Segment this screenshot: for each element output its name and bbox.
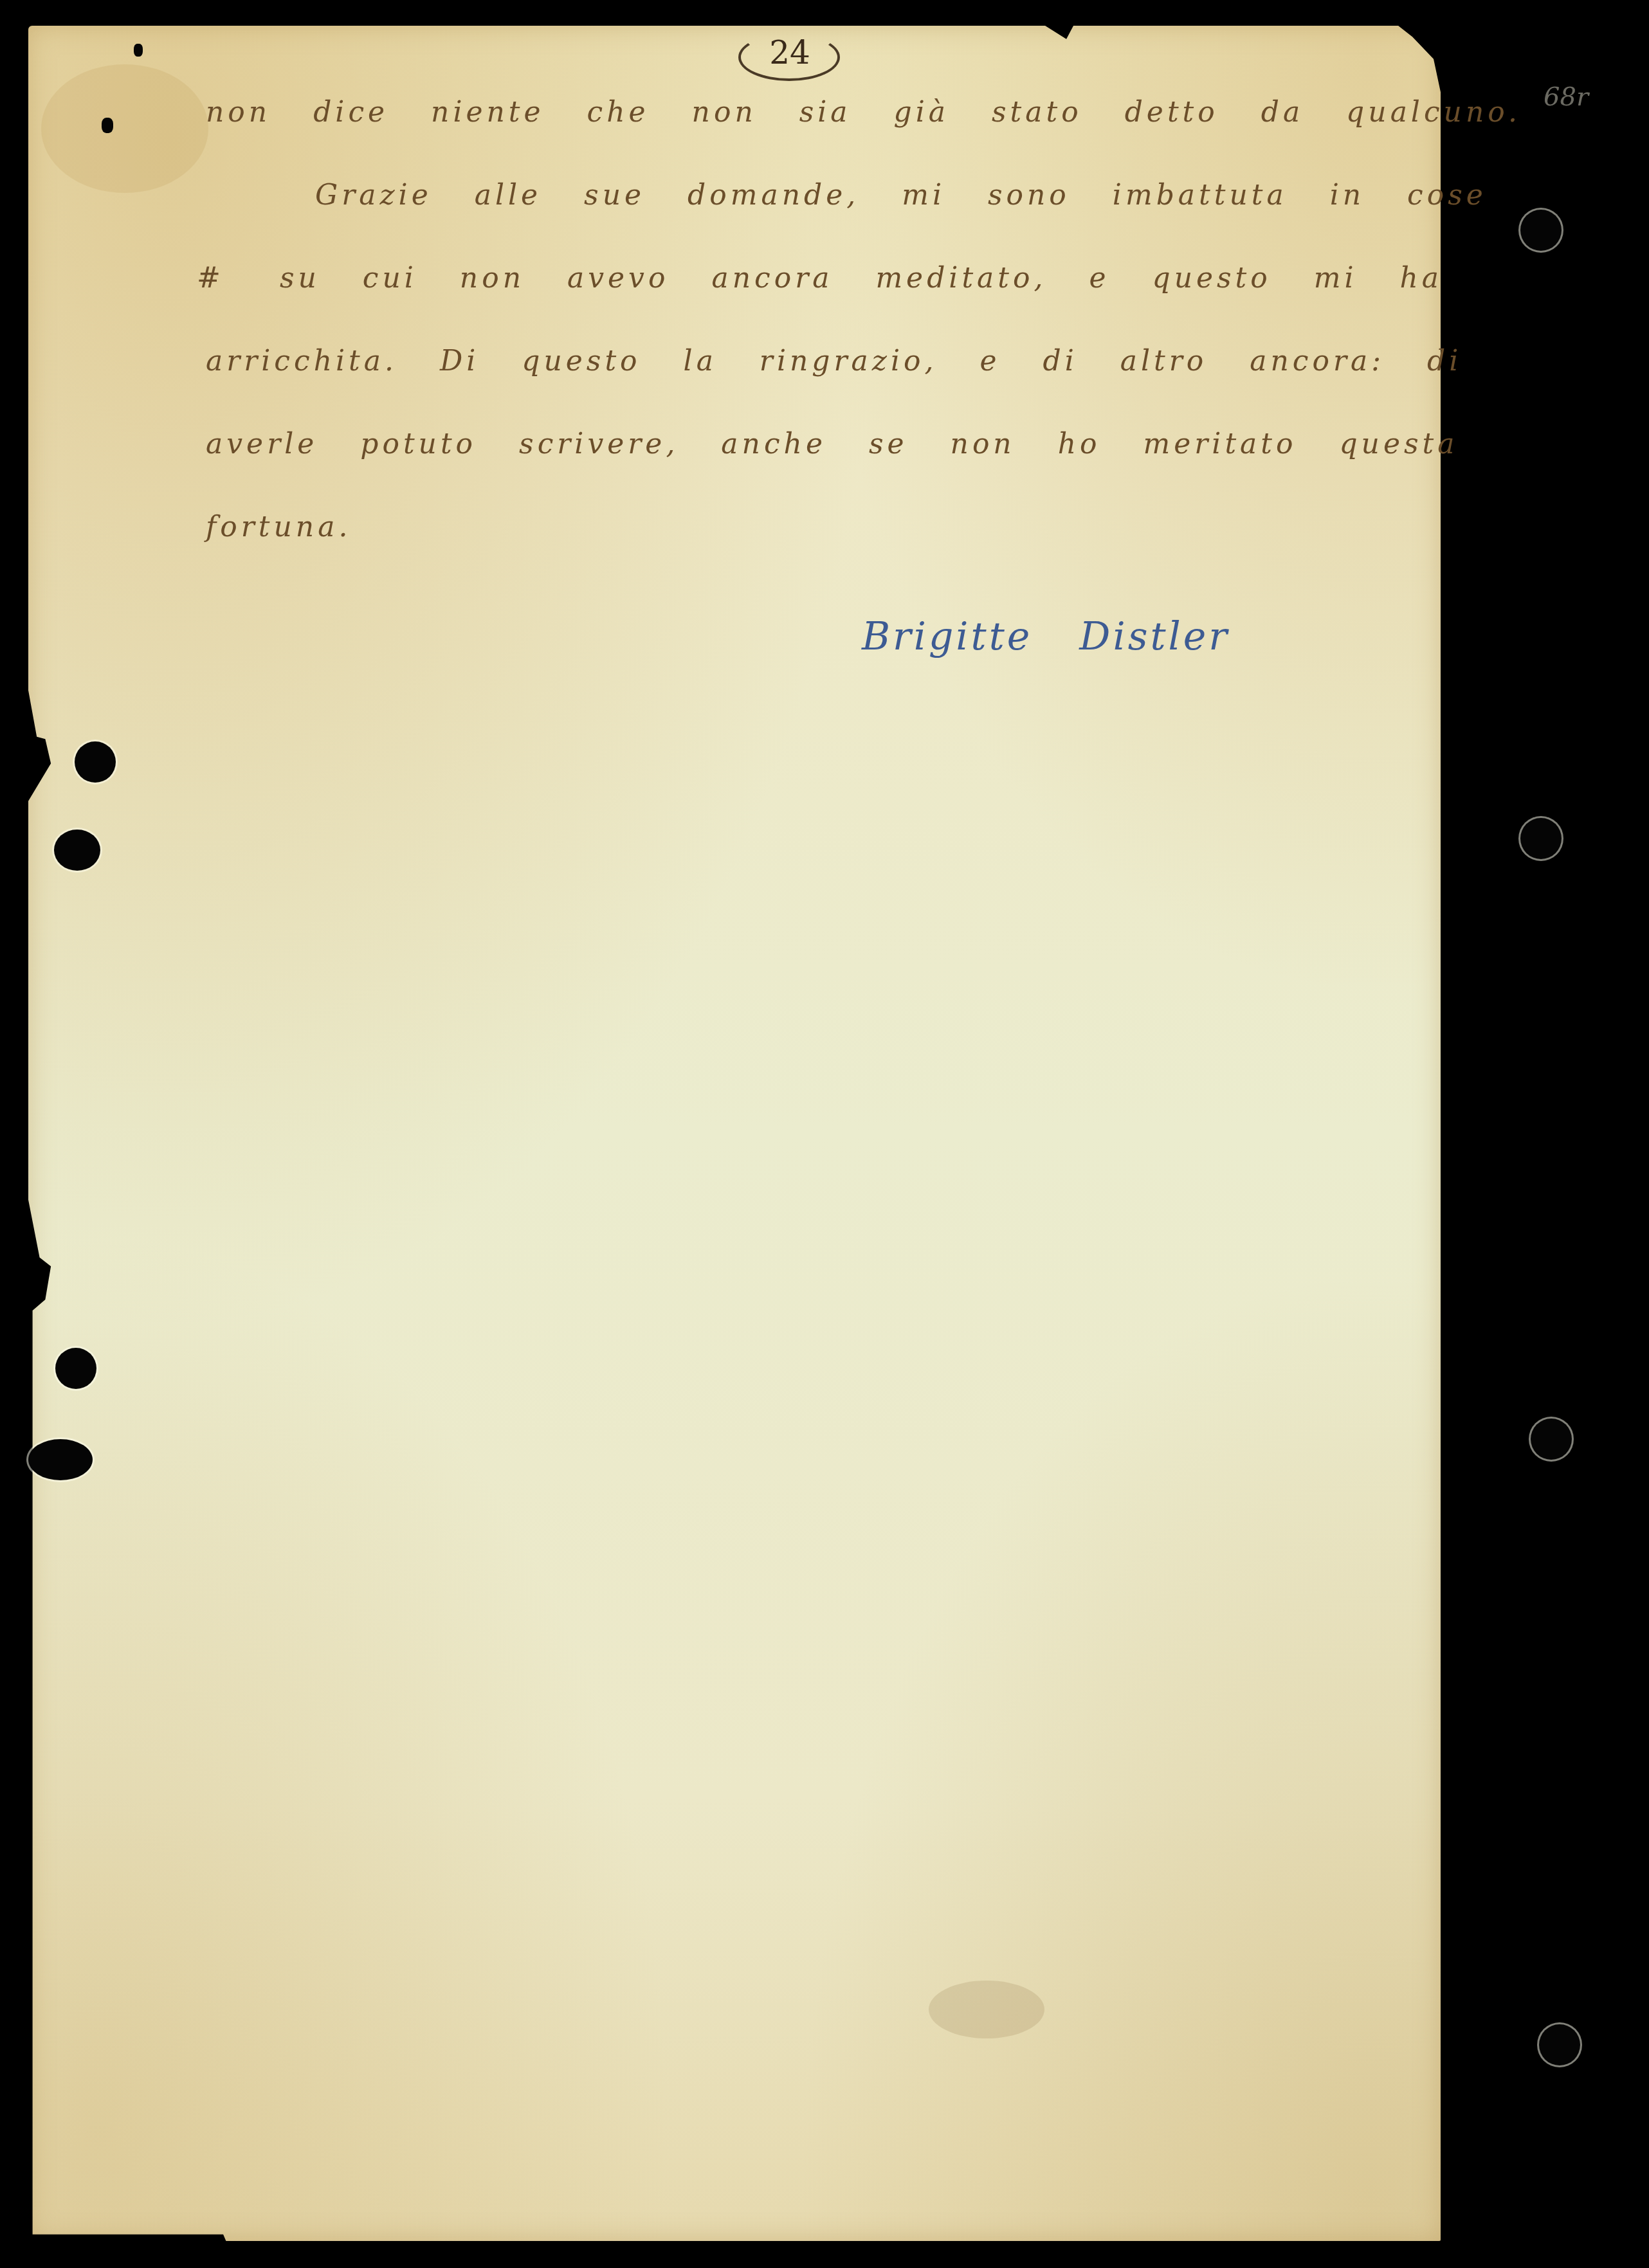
letter-line-3: su cui non avevo ancora meditato, e ques… [280, 262, 1443, 295]
archive-folio-number: 68r [1544, 82, 1589, 112]
page-number: 24 [738, 33, 841, 78]
page-number-circle [738, 33, 840, 81]
paper-stain [929, 1981, 1044, 2038]
punch-hole-left-lower [55, 1348, 96, 1389]
punch-hole-right-2 [1520, 818, 1562, 859]
letter-line-4: arricchita. Di questo la ringrazio, e di… [206, 342, 1499, 425]
punch-hole-right-3 [1531, 1419, 1572, 1460]
letter-line-1: non dice niente che non sia già stato de… [206, 93, 1499, 176]
punch-hole-left-upper-torn [54, 830, 100, 871]
tear-mark [102, 118, 113, 133]
letter-line-2: Grazie alle sue domande, mi sono imbattu… [206, 176, 1499, 259]
signature: Brigitte Distler [862, 614, 1230, 659]
tear-mark [134, 44, 143, 57]
insertion-mark: # [197, 262, 224, 295]
paper-stain [41, 64, 208, 193]
letter-body: non dice niente che non sia già stato de… [206, 93, 1499, 591]
letter-line-6: fortuna. [206, 508, 1499, 591]
punch-hole-right-1 [1520, 210, 1562, 251]
punch-hole-left-lower-torn [28, 1439, 93, 1480]
punch-hole-right-4 [1539, 2024, 1580, 2065]
letter-line-5: averle potuto scrivere, anche se non ho … [206, 425, 1499, 508]
letter-line-3-wrapper: # su cui non avevo ancora meditato, e qu… [206, 259, 1499, 342]
punch-hole-left-upper [75, 741, 116, 783]
